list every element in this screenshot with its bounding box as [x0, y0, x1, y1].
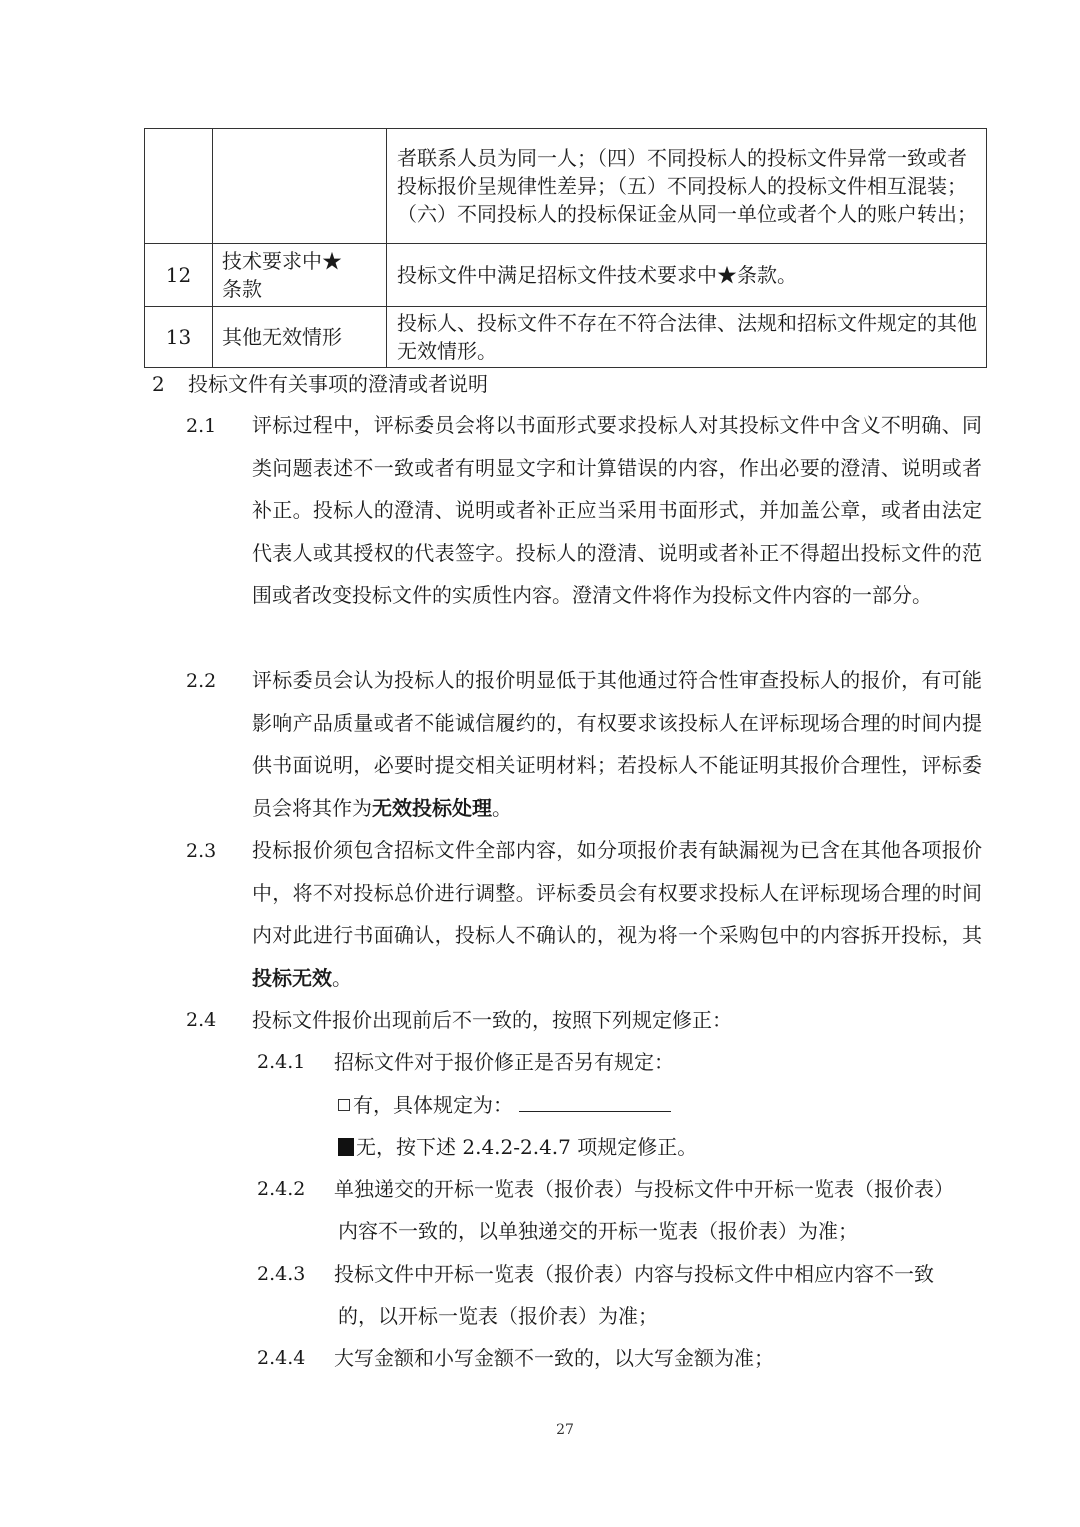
option-no: 无，按下述 2.4.2-2.4.7 项规定修正。 [338, 1133, 697, 1161]
clause-text: 大写金额和小写金额不一致的，以大写金额为准； [334, 1344, 774, 1372]
clause-text: 的，以开标一览表（报价表）为准； [338, 1302, 658, 1330]
checkbox-filled-icon [338, 1138, 354, 1156]
clause-number: 2.2 [186, 667, 216, 695]
checkbox-empty-icon [338, 1099, 350, 1111]
row-number [145, 129, 213, 244]
row-number: 13 [145, 307, 213, 368]
row-description: 投标文件中满足招标文件技术要求中★条款。 [387, 244, 987, 307]
clause-text: 投标文件报价出现前后不一致的，按照下列规定修正： [252, 1006, 732, 1034]
table-row: 12 技术要求中★ 条款 投标文件中满足招标文件技术要求中★条款。 [145, 244, 987, 307]
clause-number: 2.4 [186, 1006, 216, 1034]
row-name-line: 条款 [222, 275, 386, 303]
clause-number: 2.4.3 [257, 1260, 305, 1288]
clause-number: 2.4.2 [257, 1175, 305, 1203]
page-number: 27 [0, 1422, 1080, 1438]
row-name: 其他无效情形 [213, 307, 387, 368]
clause-text: 评标过程中，评标委员会将以书面形式要求投标人对其投标文件中含义不明确、同类问题表… [252, 404, 982, 617]
section-number: 2 [152, 370, 165, 398]
option-yes: 有，具体规定为： [338, 1091, 671, 1119]
row-name-line: 技术要求中★ [222, 247, 386, 275]
row-number: 12 [145, 244, 213, 307]
document-page: 者联系人员为同一人；（四）不同投标人的投标文件异常一致或者投标报价呈规律性差异；… [0, 0, 1080, 1527]
clause-text: 投标文件中开标一览表（报价表）内容与投标文件中相应内容不一致 [334, 1260, 934, 1288]
emphasis: 投标无效 [252, 966, 332, 990]
table-row: 者联系人员为同一人；（四）不同投标人的投标文件异常一致或者投标报价呈规律性差异；… [145, 129, 987, 244]
row-name [213, 129, 387, 244]
clause-number: 2.4.4 [257, 1344, 305, 1372]
fill-in-blank [519, 1091, 671, 1112]
clause-number: 2.1 [186, 412, 216, 440]
row-name: 技术要求中★ 条款 [213, 244, 387, 307]
section-title: 投标文件有关事项的澄清或者说明 [188, 370, 488, 398]
row-description: 投标人、投标文件不存在不符合法律、法规和招标文件规定的其他无效情形。 [387, 307, 987, 368]
emphasis: 无效投标处理 [372, 796, 492, 820]
invalid-bid-table: 者联系人员为同一人；（四）不同投标人的投标文件异常一致或者投标报价呈规律性差异；… [144, 128, 987, 368]
clause-text: 内容不一致的，以单独递交的开标一览表（报价表）为准； [338, 1217, 858, 1245]
clause-text: 投标报价须包含招标文件全部内容，如分项报价表有缺漏视为已含在其他各项报价中，将不… [252, 829, 982, 999]
clause-number: 2.3 [186, 837, 216, 865]
clause-number: 2.4.1 [257, 1048, 305, 1076]
table-row: 13 其他无效情形 投标人、投标文件不存在不符合法律、法规和招标文件规定的其他无… [145, 307, 987, 368]
clause-text: 单独递交的开标一览表（报价表）与投标文件中开标一览表（报价表） [334, 1175, 954, 1203]
clause-text: 招标文件对于报价修正是否另有规定： [334, 1048, 674, 1076]
clause-text: 评标委员会认为投标人的报价明显低于其他通过符合性审查投标人的报价，有可能影响产品… [252, 659, 982, 829]
row-description: 者联系人员为同一人；（四）不同投标人的投标文件异常一致或者投标报价呈规律性差异；… [387, 129, 987, 244]
